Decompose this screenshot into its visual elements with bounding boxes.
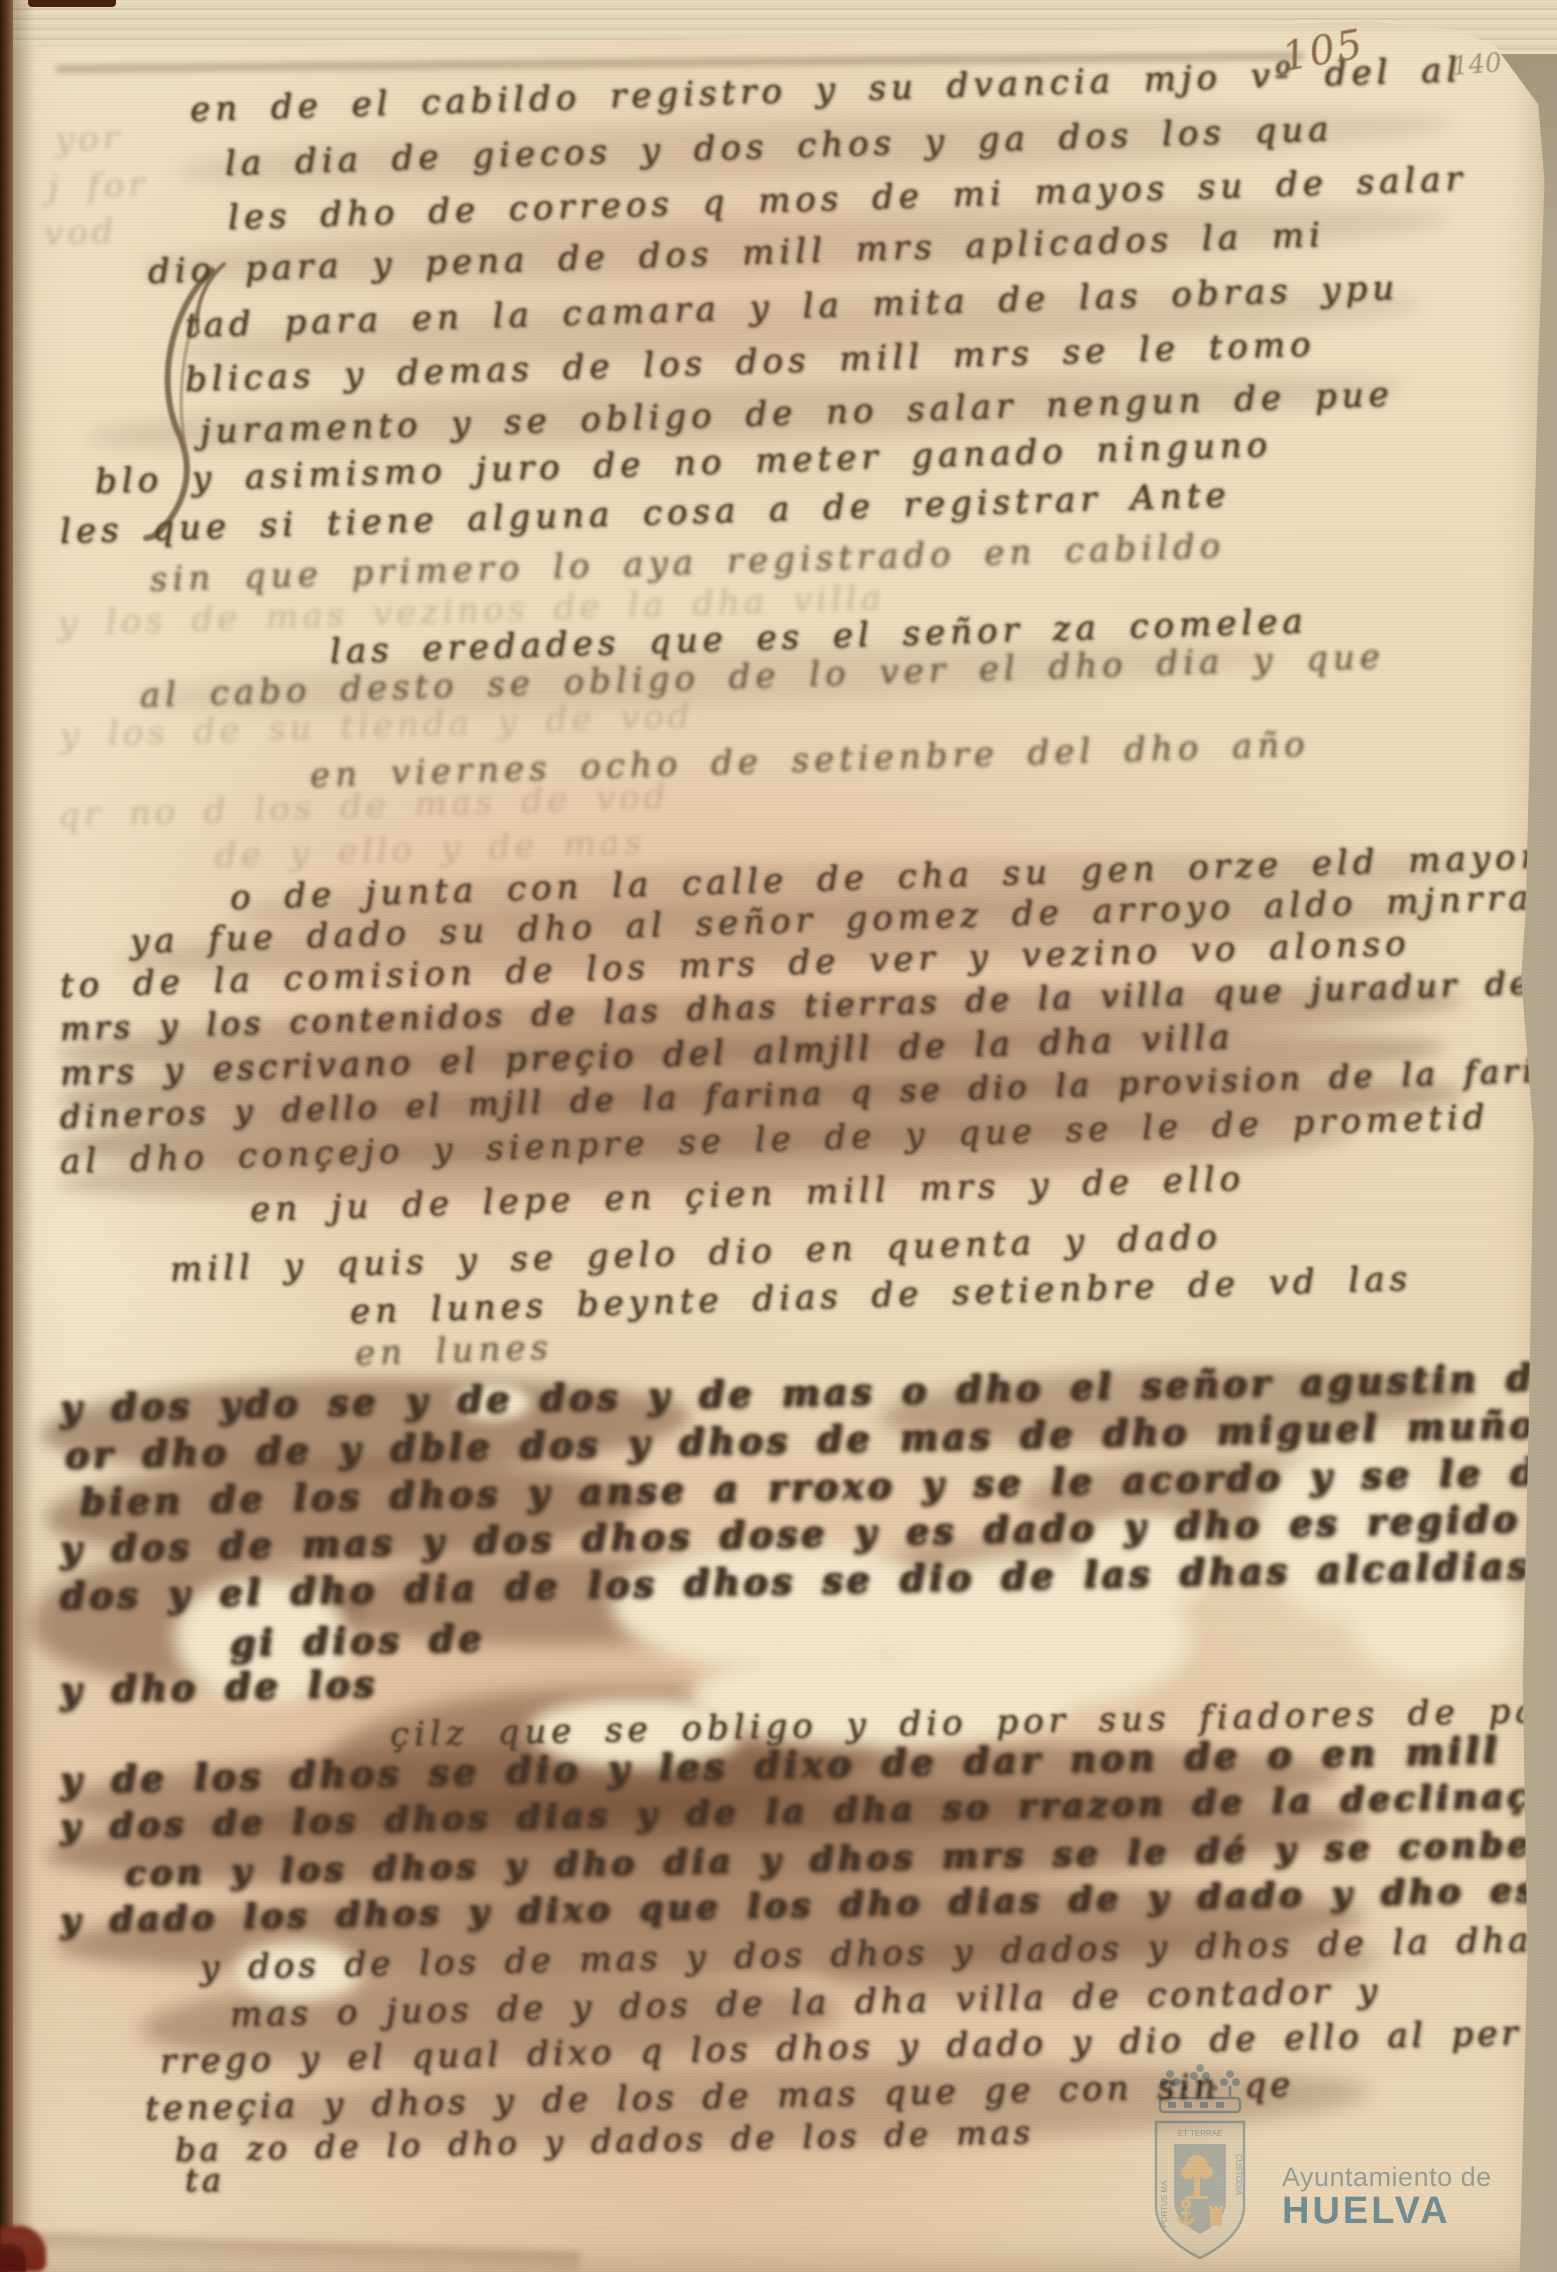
- manuscript-text-line: gi dios de: [230, 1618, 486, 1665]
- watermark-motto-left: PORTUS MA: [1160, 2180, 1169, 2228]
- manuscript-text-line: yor: [54, 118, 123, 160]
- manuscript-text-line: en lunes: [354, 1328, 553, 1374]
- manuscript-text-line: j for: [47, 165, 149, 208]
- binding-gutter-shadow: [13, 0, 35, 2272]
- manuscript-text-line: ta: [185, 2161, 225, 2199]
- manuscript-page: en de el cabildo registro y su dvancia m…: [0, 0, 1557, 2272]
- manuscript-text-line: vod: [43, 212, 118, 254]
- watermark-text-ayuntamiento: Ayuntamiento de: [1282, 2162, 1492, 2193]
- watermark-motto-top: ET TERRAE: [1178, 2129, 1223, 2138]
- watermark-text-huelva: HUELVA: [1282, 2190, 1451, 2233]
- manuscript-text-line: y dho de los: [60, 1663, 379, 1712]
- huelva-coat-of-arms-icon: ET TERRAE PORTUS MA CUSTODIA: [1140, 2058, 1260, 2272]
- archive-watermark: ET TERRAE PORTUS MA CUSTODIA Ayuntamient…: [1140, 2058, 1540, 2272]
- folio-number-pencil: 140: [1451, 48, 1503, 82]
- binding-gutter: [0, 0, 13, 2272]
- manuscript-scan: en de el cabildo registro y su dvancia m…: [0, 0, 1557, 2272]
- watermark-motto-right: CUSTODIA: [1234, 2154, 1243, 2196]
- binding-top-sliver: [28, 0, 116, 7]
